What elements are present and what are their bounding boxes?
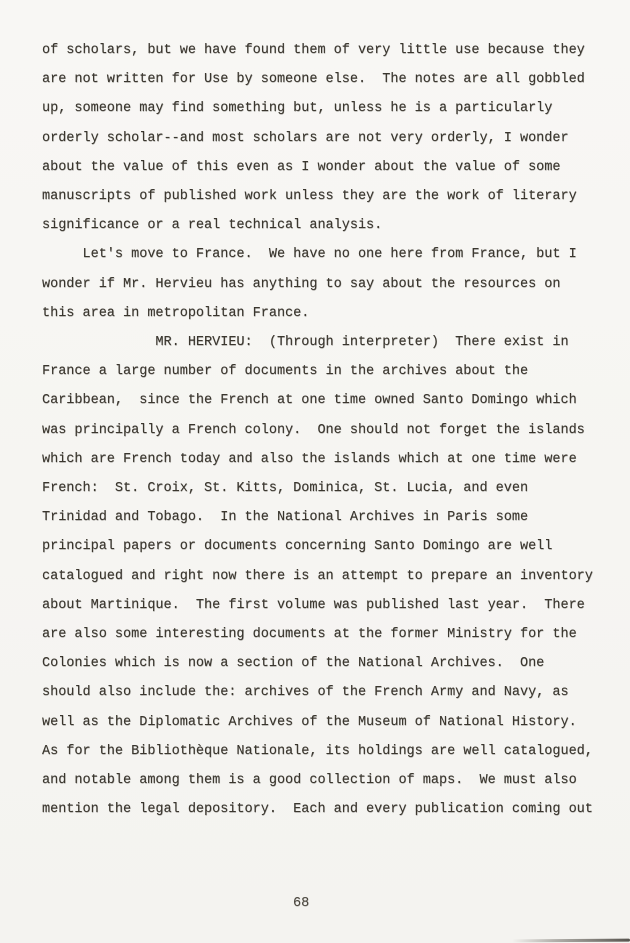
typewritten-line: mention the legal depository. Each and e… bbox=[42, 795, 620, 824]
document-body: of scholars, but we have found them of v… bbox=[42, 36, 620, 824]
typewritten-line: French: St. Croix, St. Kitts, Dominica, … bbox=[42, 474, 620, 503]
typewritten-line: which are French today and also the isla… bbox=[42, 445, 620, 474]
typewritten-line: well as the Diplomatic Archives of the M… bbox=[42, 708, 620, 737]
typewritten-line: Caribbean, since the French at one time … bbox=[42, 386, 620, 415]
typewritten-line: Colonies which is now a section of the N… bbox=[42, 649, 620, 678]
typewritten-line: about Martinique. The first volume was p… bbox=[42, 591, 620, 620]
typewritten-line: Let's move to France. We have no one her… bbox=[42, 240, 620, 269]
typewritten-line: principal papers or documents concerning… bbox=[42, 532, 620, 561]
typewritten-line: this area in metropolitan France. bbox=[42, 299, 620, 328]
typewritten-line: catalogued and right now there is an att… bbox=[42, 562, 620, 591]
typewritten-line: and notable among them is a good collect… bbox=[42, 766, 620, 795]
typewritten-line: MR. HERVIEU: (Through interpreter) There… bbox=[42, 328, 620, 357]
typewritten-line: was principally a French colony. One sho… bbox=[42, 416, 620, 445]
typewritten-line: France a large number of documents in th… bbox=[42, 357, 620, 386]
document-page: of scholars, but we have found them of v… bbox=[0, 0, 630, 943]
typewritten-line: significance or a real technical analysi… bbox=[42, 211, 620, 240]
typewritten-line: As for the Bibliothèque Nationale, its h… bbox=[42, 737, 620, 766]
typewritten-line: are also some interesting documents at t… bbox=[42, 620, 620, 649]
typewritten-line: orderly scholar--and most scholars are n… bbox=[42, 124, 620, 153]
page-number: 68 bbox=[293, 896, 309, 911]
typewritten-line: are not written for Use by someone else.… bbox=[42, 65, 620, 94]
typewritten-line: about the value of this even as I wonder… bbox=[42, 153, 620, 182]
typewritten-line: should also include the: archives of the… bbox=[42, 678, 620, 707]
typewritten-line: up, someone may find something but, unle… bbox=[42, 94, 620, 123]
typewritten-line: Trinidad and Tobago. In the National Arc… bbox=[42, 503, 620, 532]
typewritten-line: of scholars, but we have found them of v… bbox=[42, 36, 620, 65]
scan-streak-artifact bbox=[512, 939, 630, 943]
typewritten-line: wonder if Mr. Hervieu has anything to sa… bbox=[42, 270, 620, 299]
typewritten-line: manuscripts of published work unless the… bbox=[42, 182, 620, 211]
